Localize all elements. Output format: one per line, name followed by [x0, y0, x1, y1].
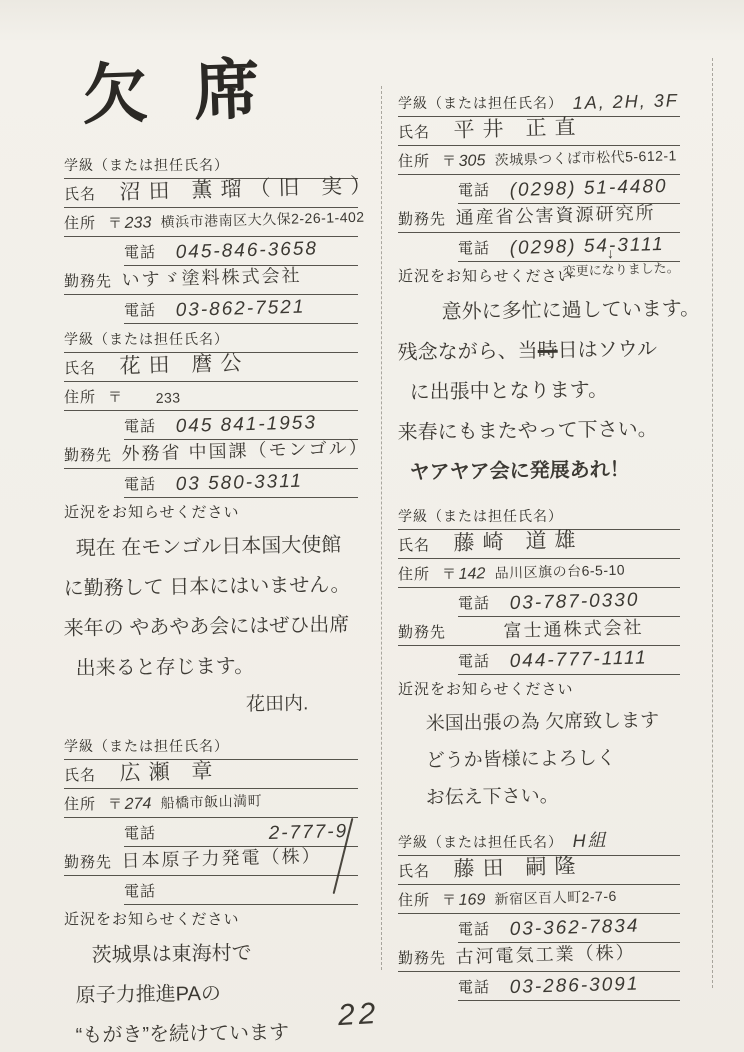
- struck-out-character: 時: [538, 340, 558, 362]
- workplace-label: 勤務先: [398, 621, 446, 645]
- phone-changed-note: 変更になりました。: [562, 257, 680, 280]
- news-line: 現在 在モンゴル日本国大使館: [63, 525, 341, 569]
- workplace-phone-row: 電話 044-777-1111: [458, 646, 680, 675]
- phone-label: 電話: [458, 976, 490, 1000]
- workplace-phone-value: 03-862-7521: [175, 297, 305, 323]
- phone-row: 電話 2-777-9: [124, 818, 358, 847]
- name-row: 氏名 平井 正直: [398, 117, 680, 146]
- address-row: 住所 〒 169 新宿区百人町2-7-6: [398, 885, 680, 914]
- name-value: 広瀬 章: [119, 754, 221, 788]
- workplace-row: 勤務先 いすゞ塗料株式会社: [64, 266, 358, 295]
- postal-code-value: 274: [124, 795, 151, 817]
- postal-mark: 〒: [442, 564, 456, 587]
- phone-label: 電話: [124, 473, 156, 497]
- name-label: 氏名: [398, 121, 430, 145]
- workplace-phone-value: (0298) 54-3111: [509, 234, 665, 261]
- form-entry: 学級（または担任氏名） 1A, 2H, 3F 氏名 平井 正直 住所 〒 305…: [398, 88, 680, 493]
- address-row: 住所 〒 233: [64, 382, 358, 411]
- news-line: 茨城県は東海村で: [63, 933, 252, 976]
- postal-code-value: 305: [458, 152, 485, 174]
- news-label-row: 近況をお知らせください 変更になりました。 ↓: [398, 265, 680, 289]
- workplace-row: 勤務先 日本原子力発電（株）: [64, 847, 358, 876]
- name-value: 藤田 嗣隆: [453, 850, 584, 884]
- news-label: 近況をお知らせください: [64, 908, 240, 932]
- workplace-row: 勤務先 通産省公害資源研究所: [398, 204, 680, 233]
- form-entry: 学級（または担任氏名） 氏名 花田 麿公 住所 〒 233 電話 045 841…: [64, 324, 358, 723]
- workplace-phone-value: 044-777-1111: [509, 647, 648, 674]
- news-line: 出来ると存じます。: [63, 646, 254, 689]
- news-line: お伝え下さい。: [397, 778, 559, 817]
- workplace-row: 勤務先 古河電気工業（株）: [398, 943, 680, 972]
- down-arrow-annotation: ↓: [607, 245, 614, 261]
- news-label-row: 近況をお知らせください: [398, 678, 680, 702]
- phone-label: 電話: [124, 299, 156, 323]
- news-line: 米国出張の為 欠席致します: [397, 702, 659, 743]
- form-entry: 学級（または担任氏名） 氏名 藤崎 道雄 住所 〒 142 品川区旗の台6-5-…: [398, 501, 680, 817]
- address-value: 茨城県つくば市松代5-612-1: [494, 145, 677, 174]
- name-value: 花田 麿公: [119, 347, 250, 381]
- column-divider-line: [381, 86, 382, 970]
- news-message: 意外に多忙に過しています。 残念ながら、当時日はソウル に出張中となります。 来…: [398, 293, 680, 493]
- name-label: 氏名: [398, 534, 430, 558]
- news-line: “もがき”を続けています: [63, 1013, 289, 1052]
- news-line: 原子力推進PAの: [63, 974, 221, 1016]
- postal-mark: 〒: [442, 890, 456, 913]
- phone-label: 電話: [124, 880, 156, 904]
- workplace-row: 勤務先 外務省 中国課（モンゴル）: [64, 440, 358, 469]
- news-line: に出張中となります。: [397, 370, 608, 413]
- address-row: 住所 〒 142 品川区旗の台6-5-10: [398, 559, 680, 588]
- address-label: 住所: [64, 793, 96, 817]
- form-entry: 学級（または担任氏名） H組 氏名 藤田 嗣隆 住所 〒 169 新宿区百人町2…: [398, 827, 680, 1001]
- news-label: 近況をお知らせください: [64, 501, 240, 525]
- name-label: 氏名: [398, 860, 430, 884]
- news-line: 来春にもまたやって下さい。: [397, 409, 658, 453]
- address-value: 233: [155, 389, 180, 410]
- phone-row: 電話 045-846-3658: [124, 237, 358, 266]
- news-line: に勤務して 日本にはいません。: [63, 565, 350, 609]
- phone-row: 電話 03-787-0330: [458, 588, 680, 617]
- news-label: 近況をお知らせください: [398, 265, 574, 289]
- address-value: 横浜市港南区大久保2-26-1-402: [160, 207, 365, 236]
- postal-code-value: 142: [458, 565, 485, 587]
- workplace-phone-row: 電話: [124, 876, 358, 905]
- news-line-segment: 残念ながら、当: [398, 340, 538, 364]
- workplace-label: 勤務先: [398, 947, 446, 971]
- address-label: 住所: [64, 386, 96, 410]
- phone-label: 電話: [124, 415, 156, 439]
- workplace-phone-row: 電話 03-286-3091: [458, 972, 680, 1001]
- workplace-phone-value: 03 580-3311: [175, 471, 303, 497]
- workplace-value: 通産省公害資源研究所: [455, 199, 656, 232]
- scanned-absence-form-page: 欠席 学級（または担任氏名） 氏名 沼田 薫瑠（旧 実） 住所 〒 233 横浜…: [0, 0, 744, 1052]
- phone-value: 03-787-0330: [509, 590, 639, 616]
- name-row: 氏名 沼田 薫瑠（旧 実）: [64, 179, 358, 208]
- address-label: 住所: [398, 563, 430, 587]
- postal-mark: 〒: [442, 151, 456, 174]
- workplace-value: 富士通株式会社: [503, 613, 644, 645]
- address-row: 住所 〒 233 横浜市港南区大久保2-26-1-402: [64, 208, 358, 237]
- phone-label: 電話: [458, 918, 490, 942]
- news-line: どうか皆様によろしく: [397, 740, 616, 780]
- phone-label: 電話: [124, 241, 156, 265]
- name-row: 氏名 藤田 嗣隆: [398, 856, 680, 885]
- news-message: 茨城県は東海村で 原子力推進PAの “もがき”を続けています: [64, 936, 358, 1052]
- workplace-row: 勤務先 富士通株式会社: [398, 617, 680, 646]
- postal-mark: 〒: [108, 387, 122, 410]
- news-message: 現在 在モンゴル日本国大使館 に勤務して 日本にはいません。 来年の やあやあ会…: [64, 529, 358, 723]
- address-value: 新宿区百人町2-7-6: [494, 886, 617, 913]
- class-value: 1A, 2H, 3F: [572, 90, 679, 116]
- workplace-label: 勤務先: [398, 208, 446, 232]
- name-value: 沼田 薫瑠（旧 実）: [119, 169, 379, 207]
- workplace-value: 外務省 中国課（モンゴル）: [121, 434, 369, 468]
- phone-label: 電話: [458, 650, 490, 674]
- postal-code-value: 169: [458, 891, 485, 913]
- workplace-phone-value: 03-286-3091: [509, 974, 639, 1000]
- postal-mark: 〒: [108, 213, 122, 236]
- postal-mark: 〒: [108, 794, 122, 817]
- address-label: 住所: [398, 150, 430, 174]
- right-column: 学級（または担任氏名） 1A, 2H, 3F 氏名 平井 正直 住所 〒 305…: [398, 88, 680, 1001]
- news-label-row: 近況をお知らせください: [64, 501, 358, 525]
- address-row: 住所 〒 274 船橋市飯山満町: [64, 789, 358, 818]
- form-entry: 学級（または担任氏名） 氏名 広瀬 章 住所 〒 274 船橋市飯山満町 電話 …: [64, 731, 358, 1052]
- page-number: 22: [337, 997, 380, 1033]
- name-label: 氏名: [64, 764, 96, 788]
- address-value: 品川区旗の台6-5-10: [494, 560, 625, 587]
- news-label-row: 近況をお知らせください: [64, 908, 358, 932]
- phone-label: 電話: [458, 592, 490, 616]
- news-line: ヤアヤア会に発展あれ！: [397, 450, 630, 493]
- workplace-value: 古河電気工業（株）: [455, 938, 636, 971]
- address-value: 船橋市飯山満町: [160, 790, 262, 817]
- name-value: 藤崎 道雄: [453, 524, 584, 558]
- news-line-segment: 日はソウル: [558, 338, 658, 361]
- news-line: 残念ながら、当時日はソウル: [397, 329, 657, 373]
- phone-row: 電話 03-362-7834: [458, 914, 680, 943]
- form-entry: 学級（または担任氏名） 氏名 沼田 薫瑠（旧 実） 住所 〒 233 横浜市港南…: [64, 150, 358, 324]
- page-title: 欠席: [80, 34, 307, 137]
- name-label: 氏名: [64, 357, 96, 381]
- workplace-phone-row: 電話 03-862-7521: [124, 295, 358, 324]
- address-label: 住所: [398, 889, 430, 913]
- workplace-label: 勤務先: [64, 444, 112, 468]
- postal-code-value: 233: [124, 214, 151, 236]
- workplace-phone-row: 電話 03 580-3311: [124, 469, 358, 498]
- workplace-value: 日本原子力発電（株）: [121, 842, 322, 875]
- workplace-label: 勤務先: [64, 270, 112, 294]
- left-column: 学級（または担任氏名） 氏名 沼田 薫瑠（旧 実） 住所 〒 233 横浜市港南…: [64, 150, 358, 1052]
- news-label: 近況をお知らせください: [398, 678, 574, 702]
- news-line: 来年の やあやあ会にはぜひ出席: [63, 605, 349, 649]
- workplace-label: 勤務先: [64, 851, 112, 875]
- right-edge-fold-line: [712, 58, 713, 988]
- name-row: 氏名 広瀬 章: [64, 760, 358, 789]
- phone-label: 電話: [124, 822, 156, 846]
- workplace-value: いすゞ塗料株式会社: [121, 261, 302, 294]
- phone-label: 電話: [458, 179, 490, 203]
- name-row: 氏名 藤崎 道雄: [398, 530, 680, 559]
- news-line: 意外に多忙に過しています。: [397, 289, 700, 333]
- news-message: 米国出張の為 欠席致します どうか皆様によろしく お伝え下さい。: [398, 706, 680, 817]
- name-label: 氏名: [64, 183, 96, 207]
- phone-label: 電話: [458, 237, 490, 261]
- name-value: 平井 正直: [453, 111, 584, 145]
- address-label: 住所: [64, 212, 96, 236]
- signature: 花田内.: [64, 686, 359, 725]
- address-row: 住所 〒 305 茨城県つくば市松代5-612-1: [398, 146, 680, 175]
- name-row: 氏名 花田 麿公: [64, 353, 358, 382]
